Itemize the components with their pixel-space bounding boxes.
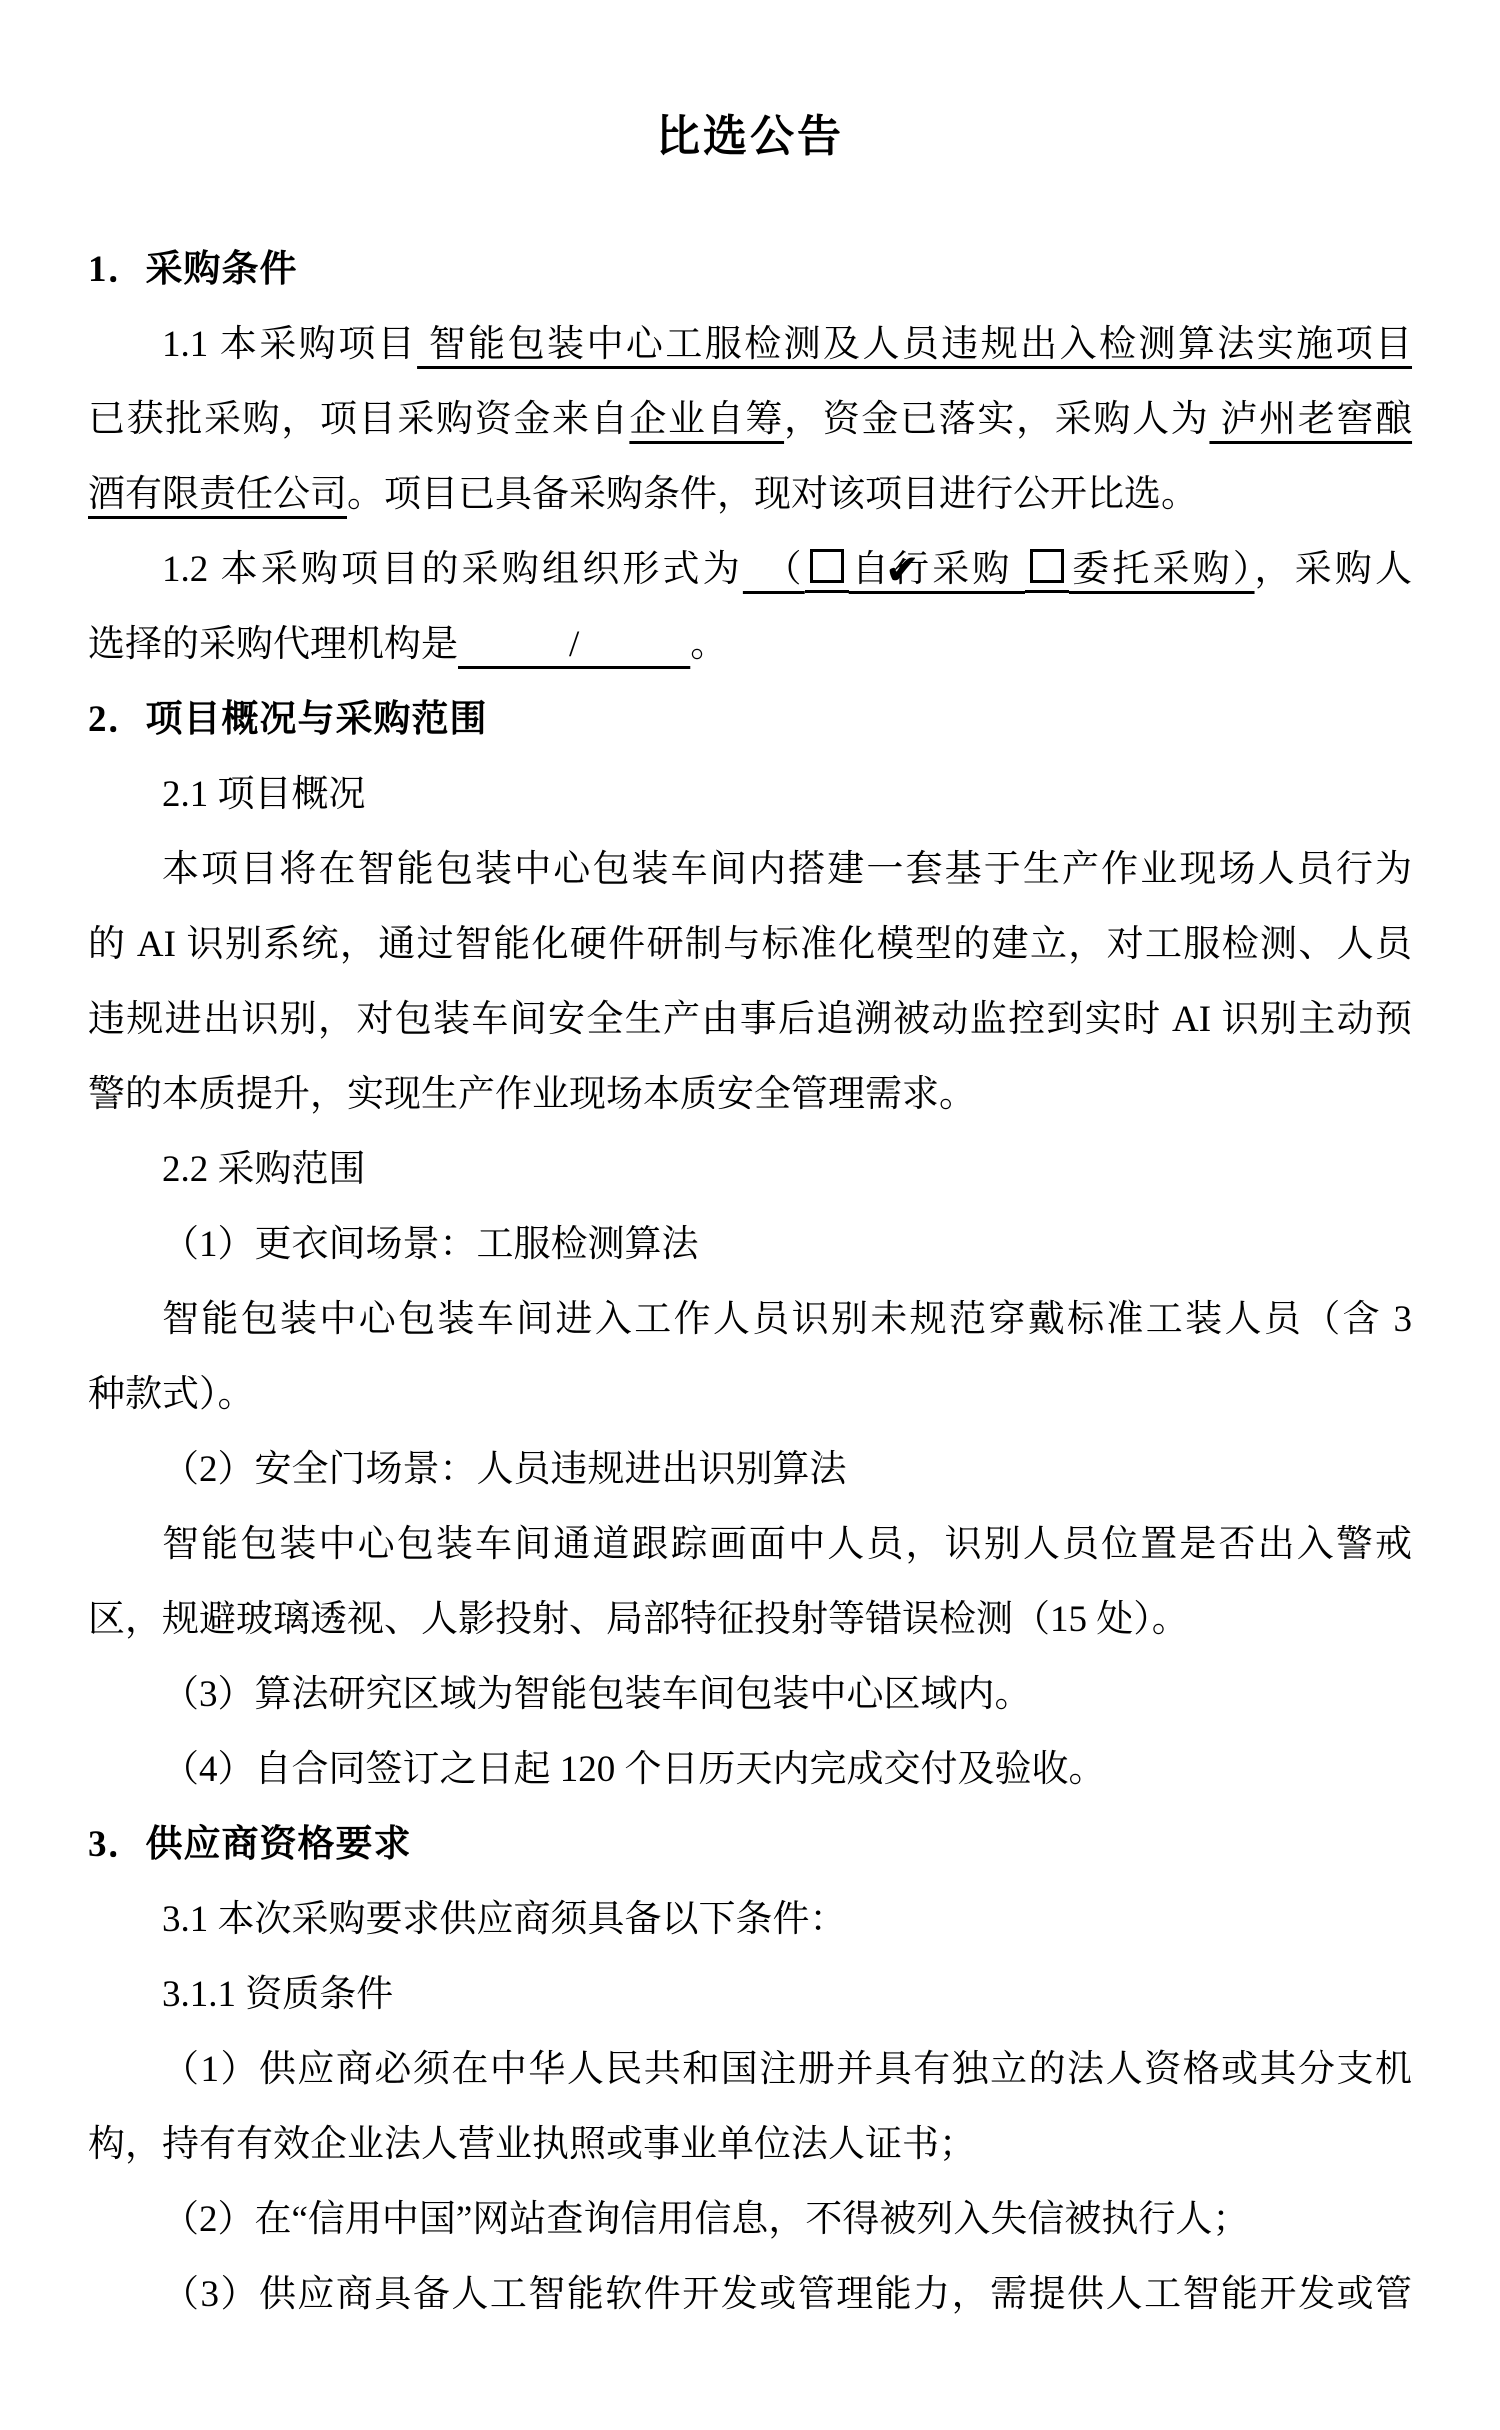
text-run: 2.1 项目概况 [162, 774, 366, 815]
doc-line: （1）更衣间场景：工服检测算法 [88, 1207, 1412, 1282]
text-run: 3.1.1 资质条件 [162, 1974, 393, 2015]
doc-line: 3.1 本次采购要求供应商须具备以下条件： [88, 1882, 1412, 1957]
doc-line: 2.1 项目概况 [88, 757, 1412, 832]
text-run: （4）自合同签订之日起 120 个日历天内完成交付及验收。 [162, 1749, 1106, 1790]
text-run: 2．项目概况与采购范围 [88, 699, 488, 740]
text-run: 本项目将在智能包装中心包装车间内搭建一套基于生产作业现场人员行为 [162, 849, 1412, 890]
underlined-text-run: 智能包装中心工服检测及人员违规出入检测算法实施项目 [417, 324, 1412, 365]
text-run: ，采购人 [1255, 549, 1413, 590]
doc-line: 智能包装中心包装车间通道跟踪画面中人员，识别人员位置是否出入警戒 [88, 1507, 1412, 1582]
text-run: （1）更衣间场景：工服检测算法 [162, 1224, 699, 1265]
text-run: 。项目已具备采购条件，现对该项目进行公开比选。 [347, 474, 1198, 515]
doc-line: 警的本质提升，实现生产作业现场本质安全管理需求。 [88, 1057, 1412, 1132]
text-run: 1.2 本采购项目的采购组织形式为 [162, 549, 743, 590]
doc-line: 酒有限责任公司。项目已具备采购条件，现对该项目进行公开比选。 [88, 457, 1412, 532]
underlined-text-run: 酒有限责任公司 [88, 474, 347, 515]
doc-line: 违规进出识别，对包装车间安全生产由事后追溯被动监控到实时 AI 识别主动预 [88, 982, 1412, 1057]
text-run: 1．采购条件 [88, 249, 298, 290]
text-run: （2）在“信用中国”网站查询信用信息，不得被列入失信被执行人； [162, 2199, 1249, 2240]
text-run: 3．供应商资格要求 [88, 1824, 412, 1865]
text-run: 违规进出识别，对包装车间安全生产由事后追溯被动监控到实时 AI 识别主动预 [88, 999, 1412, 1040]
doc-line: 本项目将在智能包装中心包装车间内搭建一套基于生产作业现场人员行为 [88, 832, 1412, 907]
doc-line: 1．采购条件 [88, 232, 1412, 307]
text-run: （2）安全门场景：人员违规进出识别算法 [162, 1449, 847, 1490]
underlined-text-run: / [458, 624, 690, 665]
text-run: 区，规避玻璃透视、人影投射、局部特征投射等错误检测（15 处）。 [88, 1599, 1189, 1640]
doc-line: 2.2 采购范围 [88, 1132, 1412, 1207]
text-run: （3）算法研究区域为智能包装车间包装中心区域内。 [162, 1674, 1032, 1715]
text-run: （3）供应商具备人工智能软件开发或管理能力，需提供人工智能开发或管 [162, 2274, 1412, 2315]
doc-line: （1）供应商必须在中华人民共和国注册并具有独立的法人资格或其分支机 [88, 2032, 1412, 2107]
checked-checkbox-icon [810, 549, 844, 583]
doc-line: 选择的采购代理机构是 / 。 [88, 607, 1412, 682]
underlined-text-run: （ [743, 549, 805, 590]
text-run: 智能包装中心包装车间通道跟踪画面中人员，识别人员位置是否出入警戒 [162, 1524, 1412, 1565]
doc-line: 已获批采购，项目采购资金来自企业自筹，资金已落实，采购人为 泸州老窖酿 [88, 382, 1412, 457]
doc-line: 1.2 本采购项目的采购组织形式为 （自行采购 委托采购），采购人 [88, 532, 1412, 607]
underlined-text-run: 委托采购） [1069, 549, 1255, 590]
doc-line: （2）安全门场景：人员违规进出识别算法 [88, 1432, 1412, 1507]
text-run: 3.1 本次采购要求供应商须具备以下条件： [162, 1899, 847, 1940]
doc-line: 区，规避玻璃透视、人影投射、局部特征投射等错误检测（15 处）。 [88, 1582, 1412, 1657]
doc-line: （3）供应商具备人工智能软件开发或管理能力，需提供人工智能开发或管 [88, 2257, 1412, 2332]
underlined-text-run: 泸州老窖酿 [1209, 399, 1412, 440]
text-run: （1）供应商必须在中华人民共和国注册并具有独立的法人资格或其分支机 [162, 2049, 1412, 2090]
doc-line: 构，持有有效企业法人营业执照或事业单位法人证书； [88, 2107, 1412, 2182]
doc-line: 1.1 本采购项目 智能包装中心工服检测及人员违规出入检测算法实施项目 [88, 307, 1412, 382]
doc-line: 智能包装中心包装车间进入工作人员识别未规范穿戴标准工装人员（含 3 [88, 1282, 1412, 1357]
unchecked-checkbox-icon [1030, 549, 1064, 583]
underlined-text-run: 企业自筹 [629, 399, 784, 440]
document-page: 比选公告 1．采购条件1.1 本采购项目 智能包装中心工服检测及人员违规出入检测… [0, 0, 1500, 2430]
text-run: 选择的采购代理机构是 [88, 624, 458, 665]
doc-line: 3.1.1 资质条件 [88, 1957, 1412, 2032]
doc-line: 2．项目概况与采购范围 [88, 682, 1412, 757]
text-run: 智能包装中心包装车间进入工作人员识别未规范穿戴标准工装人员（含 3 [162, 1299, 1412, 1340]
text-run: 。 [690, 624, 727, 665]
doc-line: 的 AI 识别系统，通过智能化硬件研制与标准化模型的建立，对工服检测、人员 [88, 907, 1412, 982]
text-run: 构，持有有效企业法人营业执照或事业单位法人证书； [88, 2124, 976, 2165]
document-title: 比选公告 [88, 92, 1412, 182]
text-run: ，资金已落实，采购人为 [784, 399, 1209, 440]
doc-line: 种款式）。 [88, 1357, 1412, 1432]
text-run: 2.2 采购范围 [162, 1149, 366, 1190]
text-run: 种款式）。 [88, 1374, 255, 1415]
doc-line: （3）算法研究区域为智能包装车间包装中心区域内。 [88, 1657, 1412, 1732]
text-run: 1.1 本采购项目 [162, 324, 417, 365]
document-body: 1．采购条件1.1 本采购项目 智能包装中心工服检测及人员违规出入检测算法实施项… [88, 232, 1412, 2332]
text-run: 已获批采购，项目采购资金来自 [88, 399, 629, 440]
doc-line: （2）在“信用中国”网站查询信用信息，不得被列入失信被执行人； [88, 2182, 1412, 2257]
doc-line: （4）自合同签订之日起 120 个日历天内完成交付及验收。 [88, 1732, 1412, 1807]
doc-line: 3．供应商资格要求 [88, 1807, 1412, 1882]
text-run: 警的本质提升，实现生产作业现场本质安全管理需求。 [88, 1074, 976, 1115]
text-run: 的 AI 识别系统，通过智能化硬件研制与标准化模型的建立，对工服检测、人员 [88, 924, 1412, 965]
